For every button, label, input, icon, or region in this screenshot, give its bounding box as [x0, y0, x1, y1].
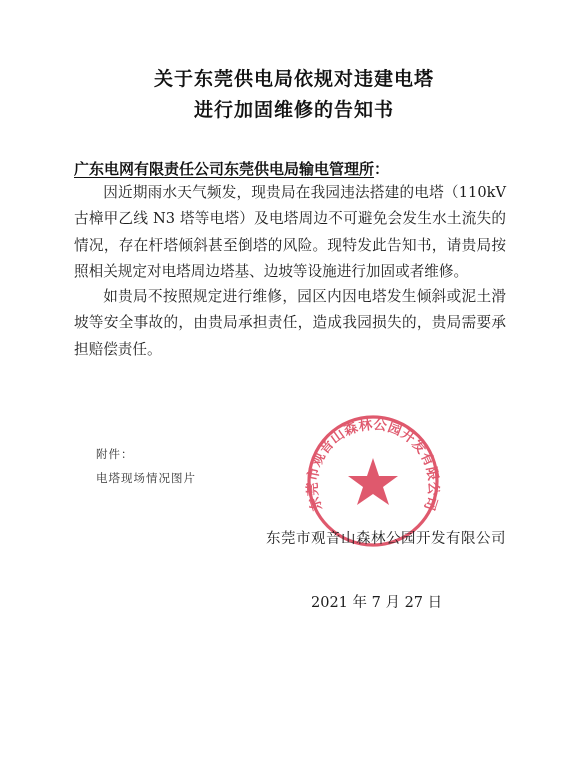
addressee-colon: ： — [374, 160, 389, 178]
body-paragraph-1: 因近期雨水天气频发，现贵局在我园违法搭建的电塔（110kV 古樟甲乙线 N3 塔… — [74, 180, 506, 285]
attachment-label: 附件： — [96, 446, 134, 462]
body-paragraph-2: 如贵局不按照规定进行维修，园区内因电塔发生倾斜或泥土滑坡等安全事故的，由贵局承担… — [74, 284, 506, 363]
document-title-line-1: 关于东莞供电局依规对违建电塔 — [0, 64, 588, 91]
signature-company: 东莞市观音山森林公园开发有限公司 — [266, 527, 506, 548]
star-icon — [348, 458, 398, 505]
signature-date: 2021 年 7 月 27 日 — [311, 591, 442, 612]
addressee-name: 广东电网有限责任公司东莞供电局输电管理所 — [74, 160, 374, 178]
addressee: 广东电网有限责任公司东莞供电局输电管理所： — [74, 158, 389, 179]
document-title-line-2: 进行加固维修的告知书 — [0, 95, 588, 122]
attachment-item: 电塔现场情况图片 — [96, 470, 196, 486]
